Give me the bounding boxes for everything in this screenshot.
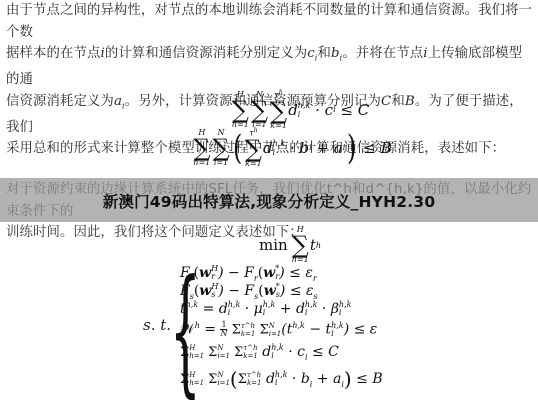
constraint-4: 𝒲h = 1N Στ^hk=1 ΣNi=1(th,k − th,ki) ≤ ε [180, 321, 377, 338]
constraint-6: ΣHh=1 ΣNi=1(Στ^hk=1 dh,ki · bi + ai) ≤ B [180, 367, 383, 391]
constraint-3: th,ki = dh,ki · μh,ki + dh,ki · βh,ki [180, 301, 351, 317]
sum-h: H∑h=1 [232, 91, 249, 129]
sum-k: τh∑k=1 [270, 90, 287, 130]
overlay-title: 新澳门49码出特算法,现象分析定义_HYH2.30 [0, 190, 538, 212]
formula-compute-constraint: H∑h=1 N∑i=1 τh∑k=1 dh,ki · ci ≤ C [200, 90, 400, 130]
sum-i: N∑i=1 [251, 91, 268, 129]
intro-line-1: 由于节点之间的异构性，对节点的本地训练会消耗不同数量的计算和通信资源。我们将一个… [6, 0, 534, 43]
constraint-1: Fr(wHr) − Fr(w*r) ≤ εr [180, 265, 317, 283]
intro-line-2: 据样本的在节点i的计算和通信资源消耗分别定义为ci和bi。并将在节点i上传输底部… [6, 43, 534, 91]
formula-communication-constraint: H∑h=1 N∑i=1 ( τh∑k=1 dh,ki · bi + ai ) ≤… [172, 128, 412, 168]
objective-function: min H∑h=1 th [230, 226, 350, 264]
subject-to-label: s. t. [143, 316, 171, 334]
constraint-2: Fs(wHs) − Fs(w*s) ≤ εs [180, 283, 318, 301]
constraint-5: ΣHh=1 ΣNi=1 Στ^hk=1 dh,ki · ci ≤ C [180, 344, 339, 362]
